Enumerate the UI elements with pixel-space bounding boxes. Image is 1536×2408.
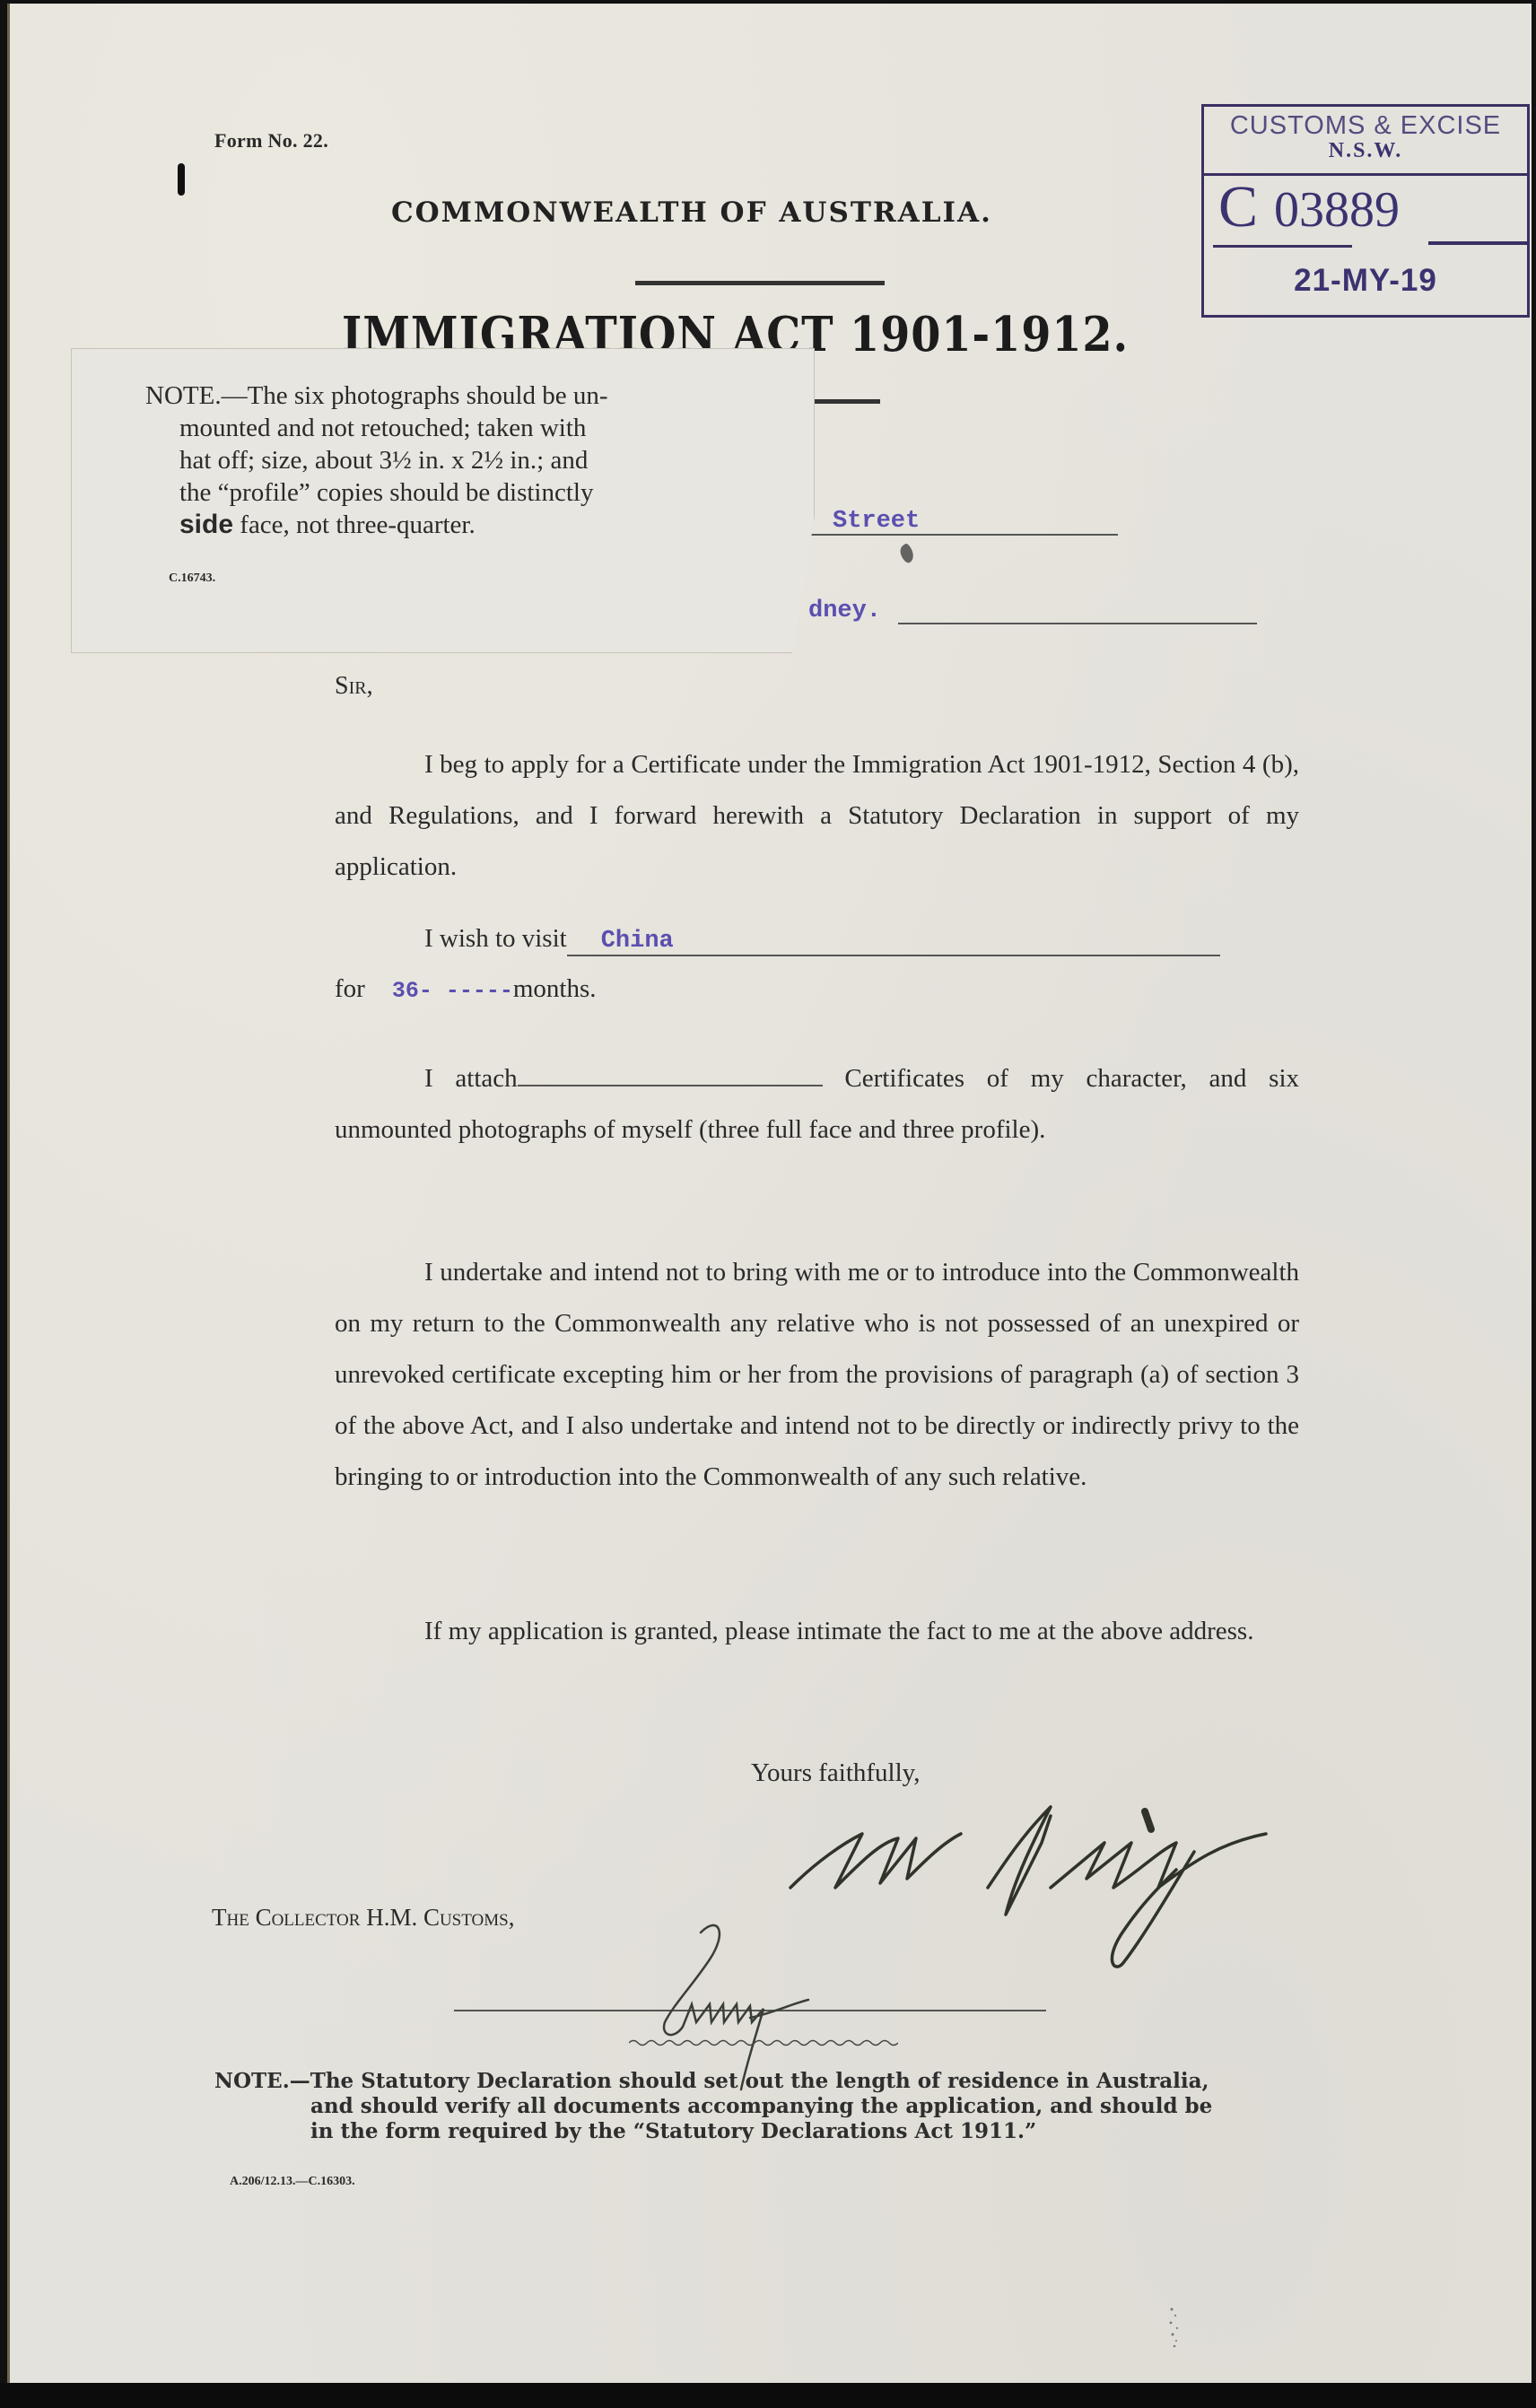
- photo-note-rest: face, not three-quarter.: [233, 510, 476, 539]
- photo-note-line: NOTE.—The six photographs should be un-: [145, 380, 813, 412]
- attach-paragraph: I attach Certificates of my character, a…: [335, 1053, 1299, 1156]
- salutation: Sir,: [335, 672, 373, 701]
- paragraph-notification: If my application is granted, please int…: [335, 1606, 1299, 1657]
- paragraph-undertaking: I undertake and intend not to bring with…: [335, 1247, 1299, 1503]
- photo-note-slip: NOTE.—The six photographs should be un- …: [71, 348, 815, 653]
- statutory-declaration-note: NOTE.—The Statutory Declaration should s…: [214, 2069, 1298, 2144]
- photo-note-bold: side: [179, 510, 233, 539]
- city-field[interactable]: dney.: [808, 598, 881, 624]
- ink-specks: [1163, 2305, 1190, 2350]
- footer-note-line: in the form required by the “Statutory D…: [214, 2119, 1298, 2144]
- stamp-line1: CUSTOMS & EXCISE: [1204, 112, 1527, 139]
- visit-label: I wish to visit: [335, 924, 567, 953]
- country-heading: COMMONWEALTH OF AUSTRALIA.: [391, 196, 992, 229]
- attach-label: I attach: [335, 1064, 518, 1093]
- visit-row: I wish to visitChina: [335, 924, 1220, 956]
- city-field-line: [898, 623, 1257, 624]
- paragraph-application: I beg to apply for a Certificate under t…: [335, 739, 1299, 893]
- footer-note-line: NOTE.—The Statutory Declaration should s…: [214, 2069, 1298, 2094]
- photo-note-code: C.16743.: [169, 571, 215, 586]
- print-code: A.206/12.13.—C.16303.: [230, 2175, 355, 2189]
- paragraph-text: I beg to apply for a Certificate under t…: [335, 739, 1299, 893]
- heading-divider: [635, 281, 885, 285]
- ink-smudge: [897, 543, 918, 564]
- months-label: months.: [513, 974, 597, 1003]
- wavy-underline: [629, 2038, 898, 2047]
- form-number: Form No. 22.: [214, 129, 328, 153]
- street-field[interactable]: Street: [833, 508, 920, 535]
- for-label: for: [335, 974, 365, 1003]
- document-page: Form No. 22. COMMONWEALTH OF AUSTRALIA. …: [7, 4, 1532, 2383]
- stamp-date: 21-MY-19: [1204, 263, 1527, 299]
- title-divider: [808, 399, 880, 404]
- months-field[interactable]: 36- -----: [365, 978, 513, 1004]
- addressee: The Collector H.M. Customs,: [212, 1904, 514, 1932]
- stamp-line2: N.S.W.: [1204, 139, 1527, 162]
- photo-note-line: the “profile” copies should be distinctl…: [145, 476, 813, 509]
- punch-hole-mark: [178, 163, 185, 196]
- addressee-city-handwritten: [638, 1915, 889, 2094]
- photo-note-line: side face, not three-quarter.: [145, 509, 813, 541]
- paragraph-text: I undertake and intend not to bring with…: [335, 1247, 1299, 1503]
- closing: Yours faithfully,: [751, 1758, 921, 1788]
- stamp-rule: [1213, 245, 1352, 248]
- visit-destination-field[interactable]: China: [567, 928, 1220, 956]
- stamp-rule: [1428, 241, 1527, 245]
- stamp-number-value: 03889: [1274, 182, 1400, 238]
- stamp-number: C03889: [1218, 180, 1400, 237]
- customs-stamp: CUSTOMS & EXCISE N.S.W. C03889 21-MY-19: [1201, 104, 1530, 318]
- photo-note-line: hat off; size, about 3½ in. x 2½ in.; an…: [145, 444, 813, 476]
- stamp-prefix: C: [1218, 174, 1258, 240]
- months-row: for36- -----months.: [335, 974, 597, 1004]
- scan-border: [0, 2383, 1536, 2408]
- footer-note-line: and should verify all documents accompan…: [214, 2094, 1298, 2119]
- attach-count-field[interactable]: [518, 1065, 823, 1086]
- photo-note-line: mounted and not retouched; taken with: [145, 412, 813, 444]
- paragraph-text: If my application is granted, please int…: [335, 1606, 1299, 1657]
